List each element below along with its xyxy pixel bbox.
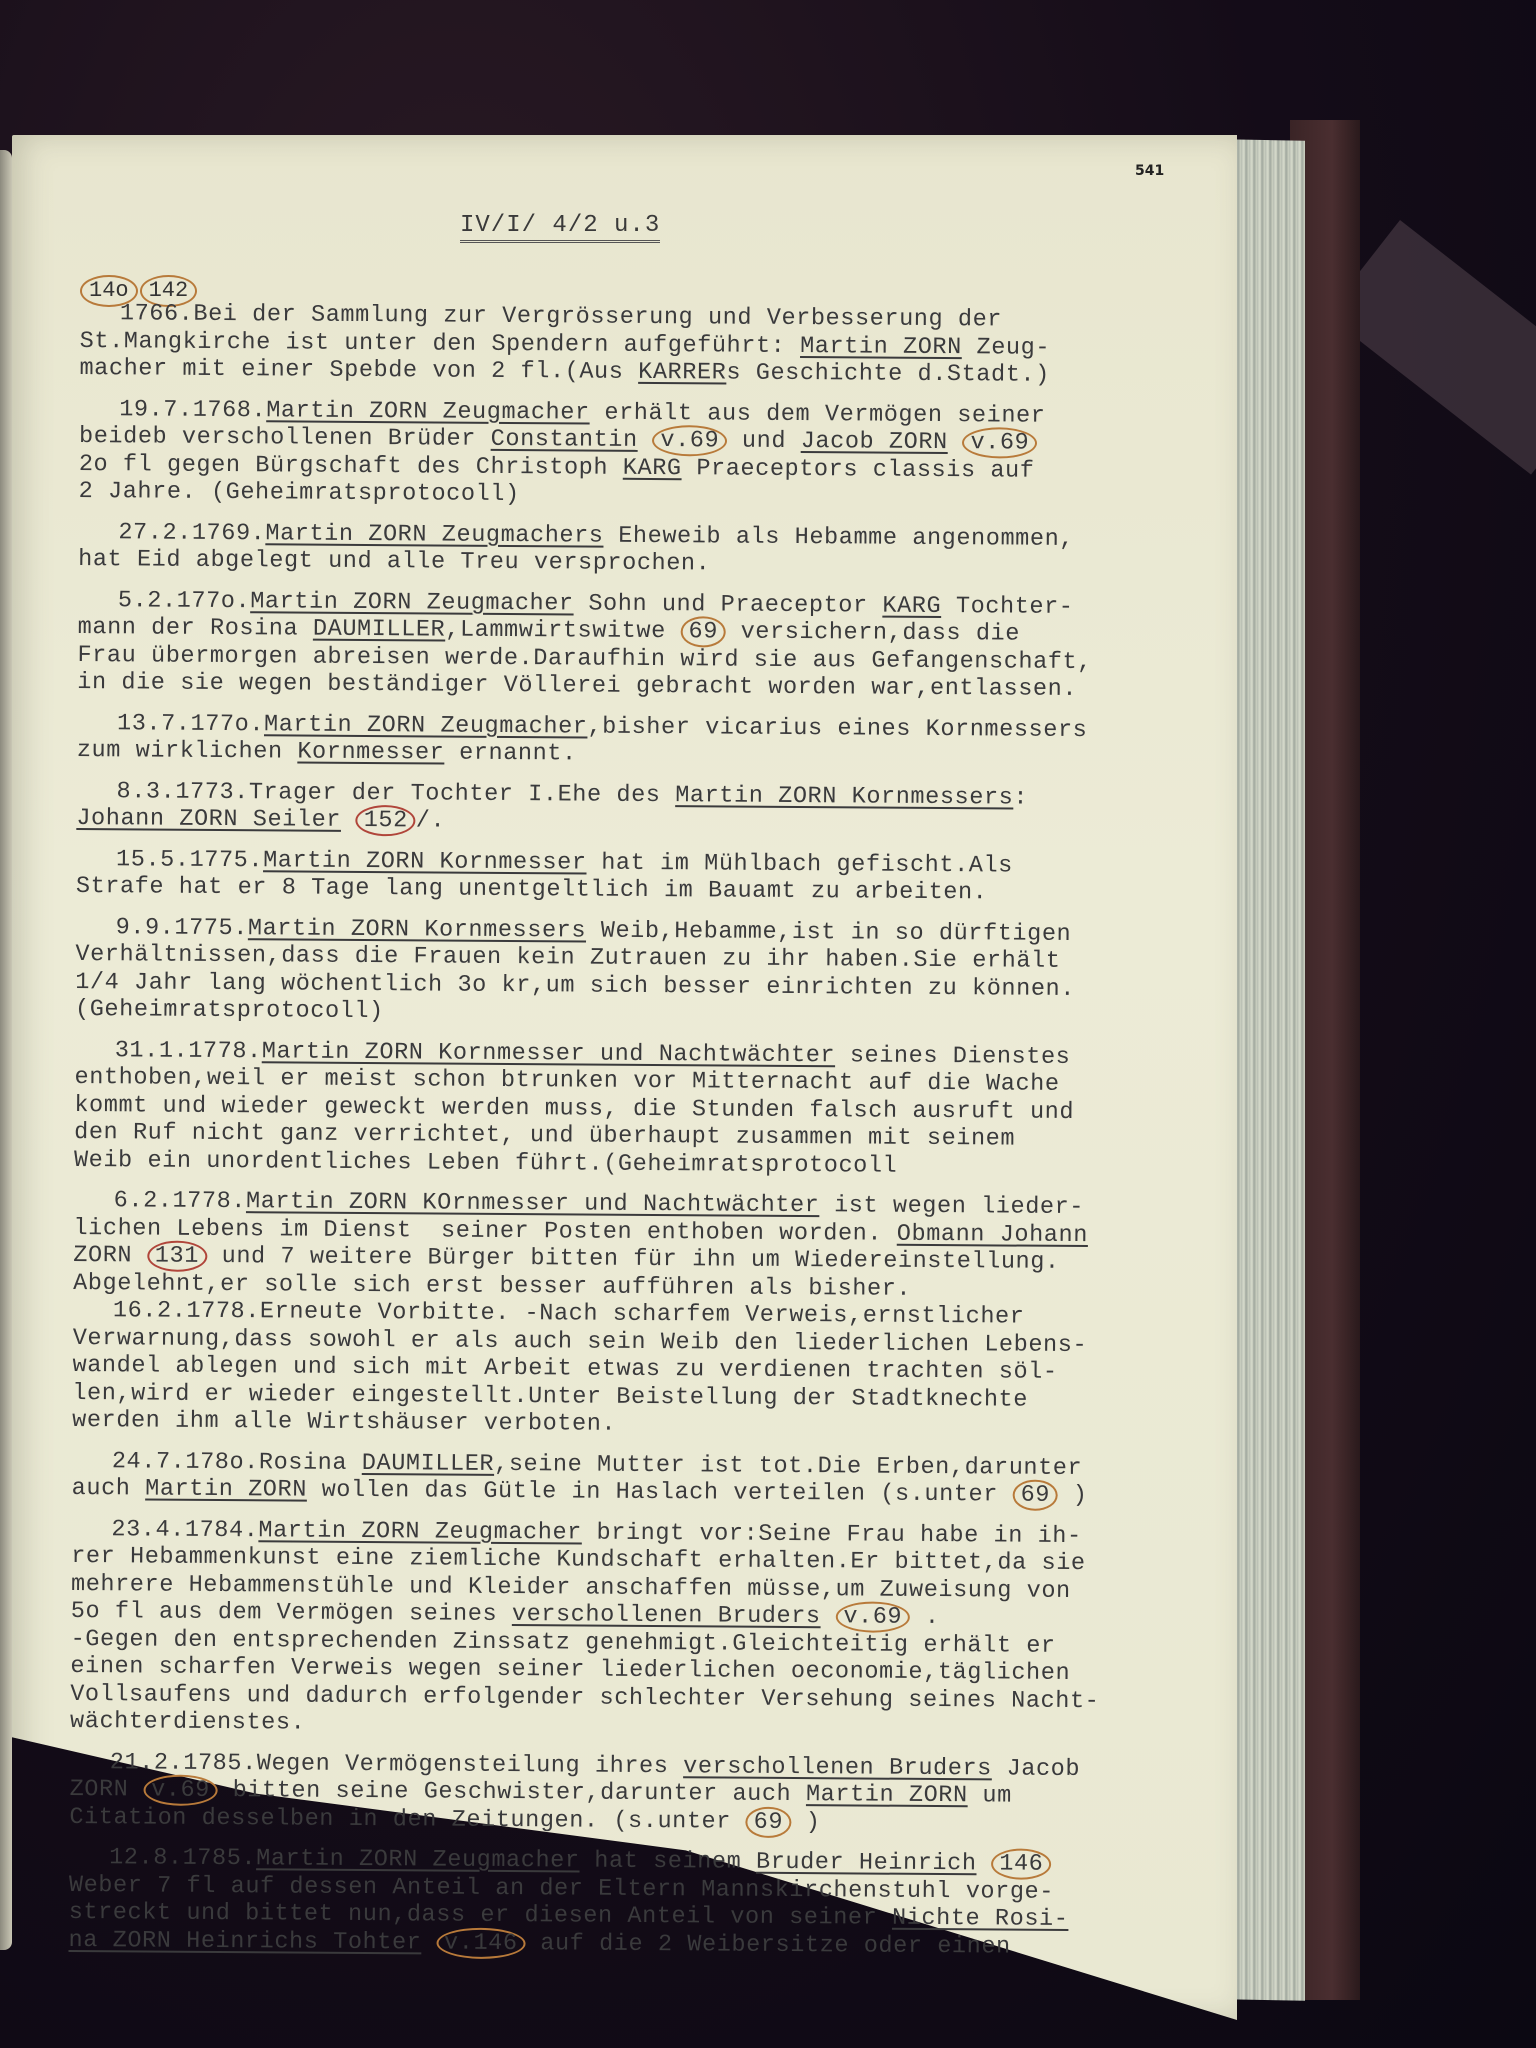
circled-reference: v.146 bbox=[436, 1927, 526, 1959]
chronicle-entry: 23.4.1784.Martin ZORN Zeugmacher bringt … bbox=[70, 1515, 1202, 1743]
page-number: 541 bbox=[1135, 163, 1164, 179]
chronicle-entry: 12.8.1785.Martin ZORN Zeugmacher hat sei… bbox=[68, 1844, 1199, 1962]
entry-line: auch Martin ZORN wollen das Gütle in Has… bbox=[72, 1475, 1202, 1510]
document-reference-heading: IV/I/ 4/2 u.3 bbox=[460, 212, 660, 243]
chronicle-entry: 8.3.1773.Trager der Tochter I.Ehe des Ma… bbox=[76, 777, 1206, 840]
circled-reference: 69 bbox=[1013, 1480, 1059, 1511]
circled-reference: v.69 bbox=[143, 1774, 218, 1806]
chronicle-entry: 9.9.1775.Martin ZORN Kornmessers Weib,He… bbox=[75, 913, 1206, 1031]
circled-reference: 152 bbox=[356, 805, 416, 836]
circled-reference: 69 bbox=[746, 1806, 792, 1837]
page-stack-edge bbox=[1225, 139, 1305, 2000]
chronicle-entry: 6.2.1778.Martin ZORN KOrnmesser und Nach… bbox=[73, 1187, 1204, 1305]
circled-reference: v.69 bbox=[835, 1601, 910, 1633]
chronicle-entry: 13.7.177o.Martin ZORN Zeugmacher,bisher … bbox=[77, 709, 1207, 772]
chronicle-entry: 15.5.1775.Martin ZORN Kornmesser hat im … bbox=[76, 845, 1206, 908]
chronicle-entry: 19.7.1768.Martin ZORN Zeugmacher erhält … bbox=[79, 395, 1210, 513]
circled-reference: 146 bbox=[991, 1848, 1051, 1879]
chronicle-entry: 16.2.1778.Erneute Vorbitte. -Nach scharf… bbox=[72, 1297, 1203, 1442]
circled-reference: v.69 bbox=[962, 427, 1037, 459]
chronicle-entry: 1766.Bei der Sammlung zur Vergrösserung … bbox=[79, 300, 1210, 390]
chronicle-entry: 31.1.1778.Martin ZORN Kornmesser und Nac… bbox=[74, 1036, 1205, 1181]
circled-reference: v.69 bbox=[652, 425, 727, 457]
chronicle-entry: 5.2.177o.Martin ZORN Zeugmacher Sohn und… bbox=[77, 586, 1208, 704]
facing-page-edge bbox=[0, 150, 12, 1950]
chronicle-entry: 24.7.178o.Rosina DAUMILLER,seine Mutter … bbox=[72, 1447, 1202, 1510]
chronicle-entry: 27.2.1769.Martin ZORN Zeugmachers Ehewei… bbox=[78, 518, 1208, 581]
circled-reference: 69 bbox=[680, 616, 726, 647]
chronicle-entry: 21.2.1785.Wegen Vermögensteilung ihres v… bbox=[69, 1748, 1200, 1838]
typewritten-entries: 1766.Bei der Sammlung zur Vergrösserung … bbox=[68, 300, 1210, 1975]
circled-reference: 131 bbox=[147, 1240, 207, 1271]
